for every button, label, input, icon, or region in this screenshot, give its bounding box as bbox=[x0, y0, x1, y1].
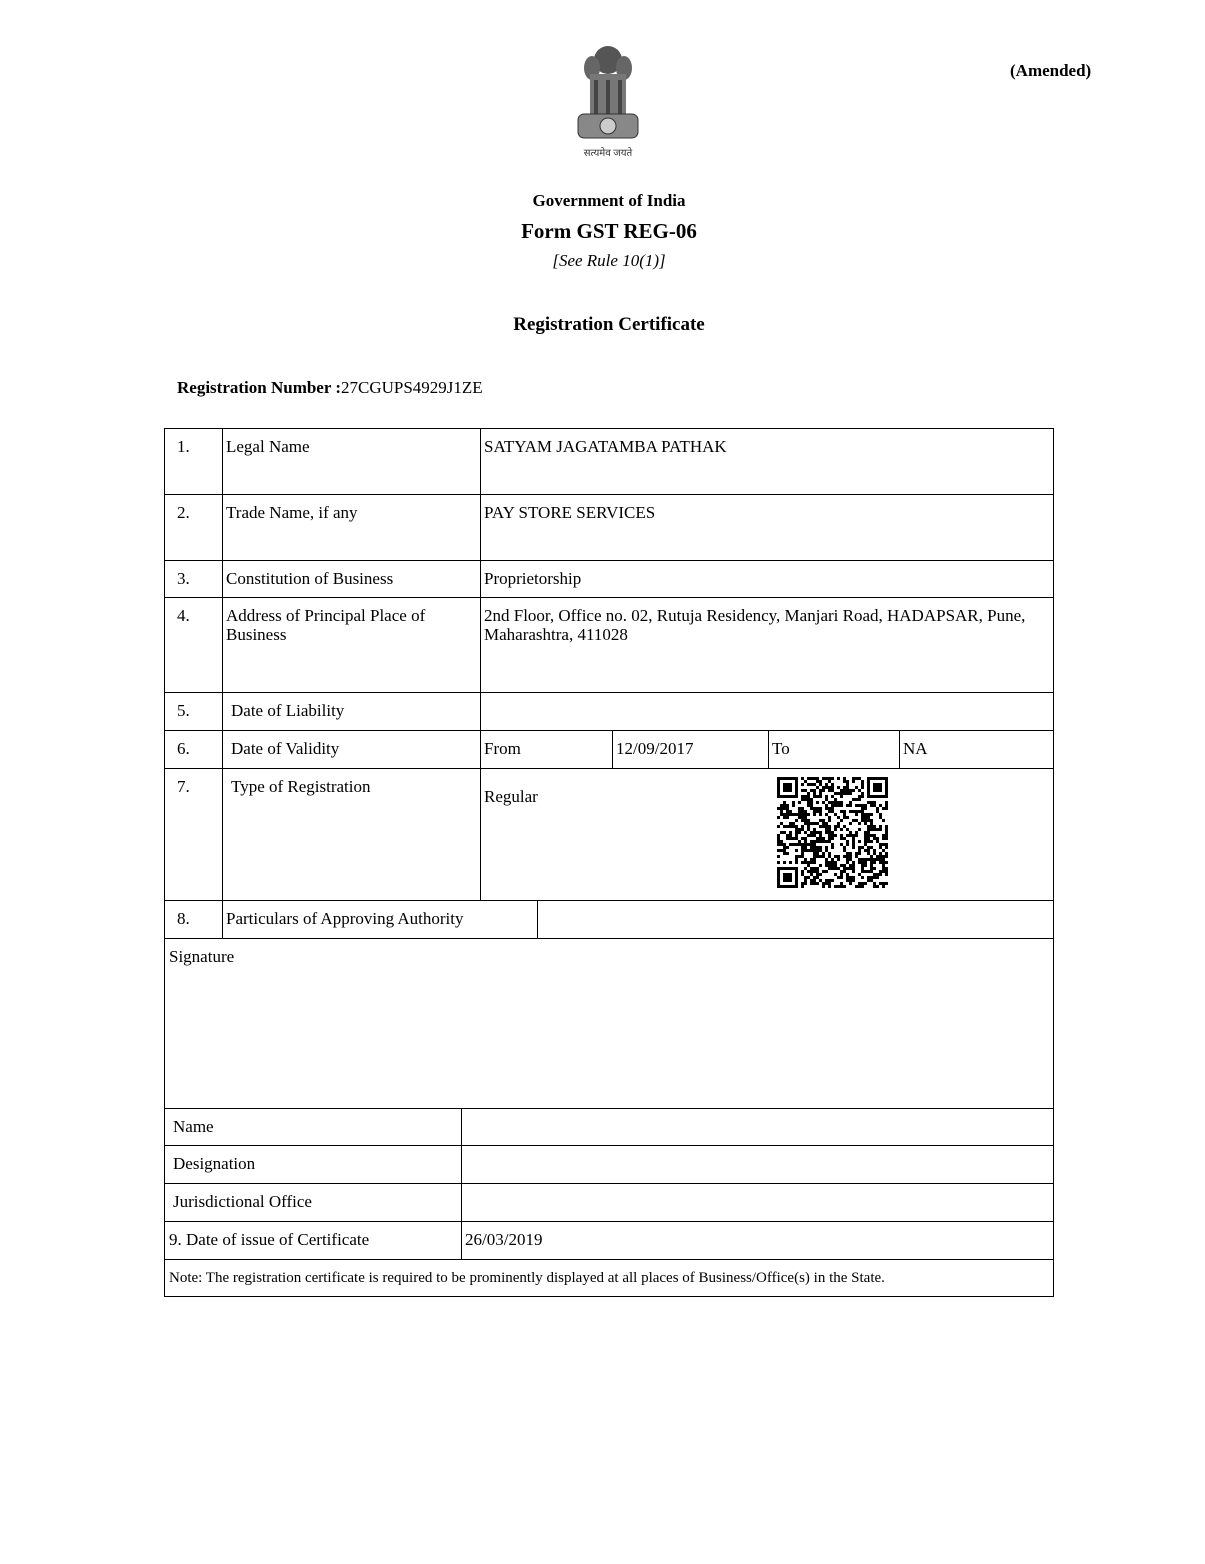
name-label: Name bbox=[169, 1111, 218, 1142]
row-8-number: 8. bbox=[173, 903, 194, 934]
trade-name-label: Trade Name, if any bbox=[222, 497, 362, 528]
display-note: Note: The registration certificate is re… bbox=[165, 1263, 889, 1294]
row-4-number: 4. bbox=[173, 600, 194, 631]
issue-date-value: 26/03/2019 bbox=[461, 1224, 546, 1255]
legal-name-label: Legal Name bbox=[222, 431, 314, 462]
address-label: Address of Principal Place of Business bbox=[222, 600, 472, 650]
row-6-number: 6. bbox=[173, 733, 194, 764]
row-5-number: 5. bbox=[173, 695, 194, 726]
liability-label: Date of Liability bbox=[227, 695, 348, 726]
jurisdictional-office-value bbox=[461, 1186, 469, 1198]
registration-type-value: Regular bbox=[480, 781, 542, 812]
qr-code-icon bbox=[777, 777, 888, 888]
trade-name-value: PAY STORE SERVICES bbox=[480, 497, 659, 528]
constitution-value: Proprietorship bbox=[480, 563, 585, 594]
registration-number-value: 27CGUPS4929J1ZE bbox=[341, 378, 483, 397]
registration-number: Registration Number :27CGUPS4929J1ZE bbox=[177, 378, 483, 398]
row-2-number: 2. bbox=[173, 497, 194, 528]
designation-value bbox=[461, 1148, 469, 1160]
form-title: Form GST REG-06 bbox=[0, 219, 1205, 244]
registration-type-label: Type of Registration bbox=[227, 771, 375, 802]
approving-authority-value bbox=[537, 903, 545, 915]
issue-date-label: 9. Date of issue of Certificate bbox=[165, 1224, 373, 1255]
national-emblem-icon: सत्यमेव जयते bbox=[568, 40, 648, 162]
designation-label: Designation bbox=[169, 1148, 259, 1179]
row-3-number: 3. bbox=[173, 563, 194, 594]
validity-label: Date of Validity bbox=[227, 733, 343, 764]
validity-from-value: 12/09/2017 bbox=[612, 733, 697, 764]
legal-name-value: SATYAM JAGATAMBA PATHAK bbox=[480, 431, 731, 462]
address-value: 2nd Floor, Office no. 02, Rutuja Residen… bbox=[480, 600, 1053, 650]
registration-table: 1. Legal Name SATYAM JAGATAMBA PATHAK 2.… bbox=[164, 428, 1054, 1297]
rule-reference: [See Rule 10(1)] bbox=[0, 251, 1205, 271]
row-1-number: 1. bbox=[173, 431, 194, 462]
row-7-number: 7. bbox=[173, 771, 194, 802]
registration-number-label: Registration Number : bbox=[177, 378, 341, 397]
validity-from-label: From bbox=[480, 733, 525, 764]
svg-text:सत्यमेव जयते: सत्यमेव जयते bbox=[584, 147, 633, 159]
certificate-title: Registration Certificate bbox=[0, 314, 1205, 336]
name-value bbox=[461, 1111, 469, 1123]
jurisdictional-office-label: Jurisdictional Office bbox=[169, 1186, 316, 1217]
validity-to-label: To bbox=[768, 733, 794, 764]
government-heading: Government of India bbox=[0, 191, 1205, 211]
liability-value bbox=[480, 695, 488, 707]
validity-to-value: NA bbox=[899, 733, 932, 764]
constitution-label: Constitution of Business bbox=[222, 563, 397, 594]
approving-authority-label: Particulars of Approving Authority bbox=[222, 903, 468, 934]
signature-label: Signature bbox=[165, 941, 238, 972]
amended-label: (Amended) bbox=[1010, 61, 1091, 81]
